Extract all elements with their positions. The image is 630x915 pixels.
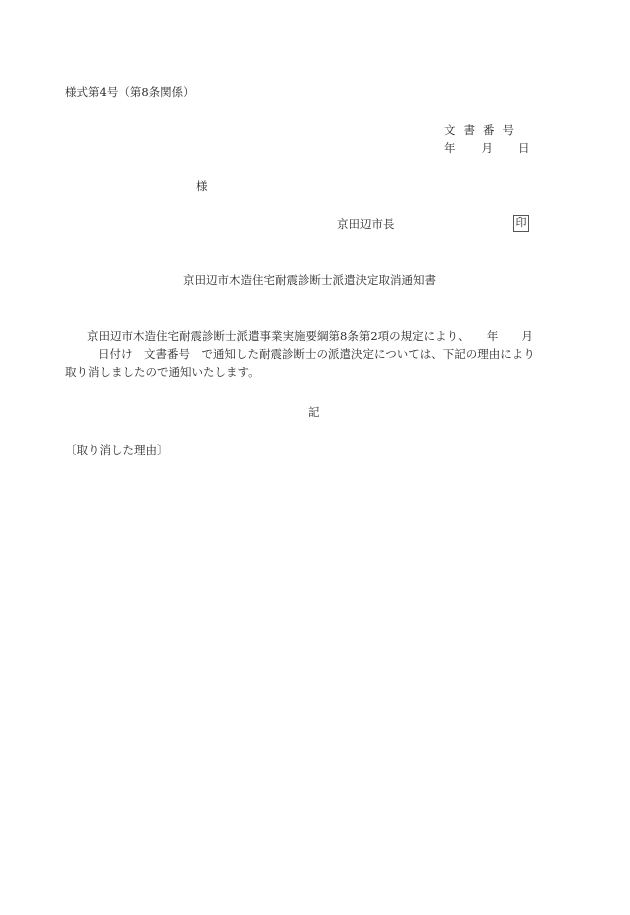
date-year: 年 [444,139,456,157]
date-day: 日 [518,139,530,157]
issuer-name: 京田辺市長 [337,215,395,233]
seal-mark: 印 [513,215,529,232]
body-line-3: 取り消しましたので通知いたします。 [65,363,555,381]
ki-heading: 記 [308,403,320,421]
date-month: 月 [482,139,494,157]
addressee-suffix: 様 [196,177,208,195]
form-number: 様式第4号（第8条関係） [65,83,195,101]
body-line-2: 日付け 文書番号 で通知した耐震診断士の派遣決定については、下記の理由により [65,345,555,363]
reason-text-area [65,465,555,865]
date-row: 年月日 [444,139,530,157]
doc-number-label: 文書番号 [444,121,522,139]
body-paragraph: 京田辺市木造住宅耐震診断士派遣事業実施要綱第8条第2項の規定により、 年 月 日… [65,327,555,381]
body-line-1: 京田辺市木造住宅耐震診断士派遣事業実施要綱第8条第2項の規定により、 年 月 [65,327,555,345]
document-title: 京田辺市木造住宅耐震診断士派遣決定取消通知書 [183,271,436,289]
document-page: 様式第4号（第8条関係） 文書番号 年月日 様 京田辺市長 印 京田辺市木造住宅… [0,0,630,915]
reason-heading: 〔取り消した理由〕 [65,441,169,459]
